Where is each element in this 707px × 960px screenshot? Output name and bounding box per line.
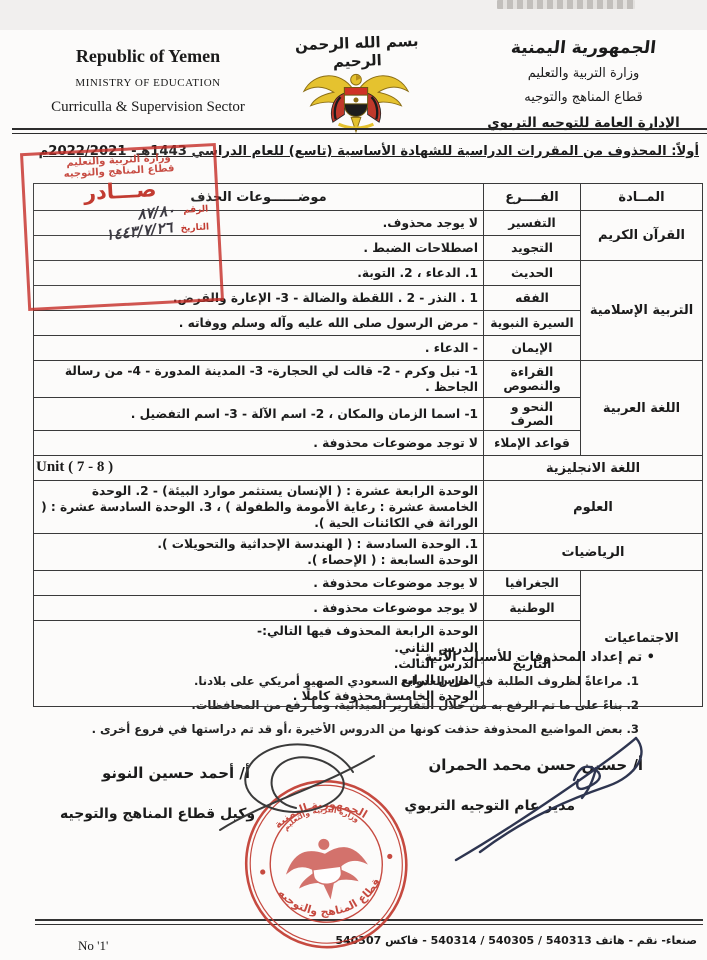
deleted-topics-table: المــادةالفــــرعموضــــــوعات الحذف الق… xyxy=(33,183,703,707)
topic-line: 1 . النذر - 2 . اللقطة والضالة - 3- الإع… xyxy=(39,290,478,306)
topics-cell: 1. الوحدة السادسة : ( الهندسة الإحداثية … xyxy=(34,534,484,571)
country-name-ar: الجمهورية اليمنية xyxy=(465,38,702,58)
topic-line: 1. الدعاء ، 2. التوبة. xyxy=(39,265,478,281)
subject-cell: اللغة العربية xyxy=(581,361,703,456)
topic-line: 1- اسما الزمان والمكان ، 2- اسم الآلة - … xyxy=(39,406,478,422)
branch-cell: التاريخ xyxy=(484,621,581,706)
deleted-topics-table-wrap: المــادةالفــــرعموضــــــوعات الحذف الق… xyxy=(33,183,703,707)
topics-cell: 1 . النذر - 2 . اللقطة والضالة - 3- الإع… xyxy=(34,286,484,311)
topic-line: - مرض الرسول صلى الله عليه وآله وسلم ووف… xyxy=(39,315,478,331)
sector-name-ar: قطاع المناهج والتوجيه xyxy=(466,90,701,105)
branch-cell: الجغرافيا xyxy=(484,571,581,596)
topic-line: لا يوجد موضوعات محذوفة . xyxy=(39,600,478,616)
table-column-header: الفــــرع xyxy=(484,184,581,211)
topics-cell: - الدعاء . xyxy=(34,336,484,361)
ministry-name-ar: وزارة التربية والتعليم xyxy=(466,66,701,81)
subject-cell: القرآن الكريم xyxy=(581,211,703,261)
topics-cell: لا يوجد موضوعات محذوفة . xyxy=(34,571,484,596)
stamp-sector-line: قطاع المناهج والتوجيه xyxy=(24,161,214,182)
topic-line: الوحدة الخامسة محذوفة كاملًا . xyxy=(39,688,478,704)
subject-cell: اللغة الانجليزية xyxy=(484,456,703,481)
table-body: القرآن الكريمالتفسيرلا يوجد محذوف.التجوي… xyxy=(34,211,703,707)
branch-cell: الحديث xyxy=(484,261,581,286)
topic-line: الوحدة السابعة : ( الإحصاء ). xyxy=(39,552,478,568)
topic-line: Unit ( 7 - 8 ) xyxy=(36,458,478,478)
subject-cell: العلوم xyxy=(484,480,703,533)
branch-cell: الإيمان xyxy=(484,336,581,361)
topic-line: الوحدة الرابعة عشرة : ( الإنسان يستثمر م… xyxy=(39,483,478,531)
topic-line: - الدعاء . xyxy=(39,340,478,356)
pen-signature-left-icon xyxy=(168,730,398,845)
topic-line: اصطلاحات الضبط . xyxy=(39,240,478,256)
subject-cell: الرياضيات xyxy=(484,534,703,571)
sector-name-en: Curriculla & Supervision Sector xyxy=(28,99,268,116)
topics-cell: الوحدة الرابعة المحذوف فيها التالي:-الدر… xyxy=(34,621,484,706)
table-column-header: موضــــــوعات الحذف xyxy=(34,184,484,211)
topic-line: 1. الوحدة السادسة : ( الهندسة الإحداثية … xyxy=(39,536,478,552)
topics-cell: 1. الدعاء ، 2. التوبة. xyxy=(34,261,484,286)
topics-cell: الوحدة الرابعة عشرة : ( الإنسان يستثمر م… xyxy=(34,480,484,533)
topics-cell: اصطلاحات الضبط . xyxy=(34,236,484,261)
topic-line: الدرس الرابع xyxy=(39,672,478,688)
topics-cell: - مرض الرسول صلى الله عليه وآله وسلم ووف… xyxy=(34,311,484,336)
table-row: العلومالوحدة الرابعة عشرة : ( الإنسان يس… xyxy=(34,480,703,533)
branch-cell: السيرة النبوية xyxy=(484,311,581,336)
topics-cell: لا يوجد محذوف. xyxy=(34,211,484,236)
table-column-header: المــادة xyxy=(581,184,703,211)
subject-cell: الاجتماعيات xyxy=(581,571,703,706)
branch-cell: الفقه xyxy=(484,286,581,311)
topic-line: 1- نبل وكرم - 2- قالت لي الحجارة- 3- الم… xyxy=(39,363,478,395)
round-stamp-top-text: الجمهورية اليمنية xyxy=(269,792,371,832)
branch-cell: قواعد الإملاء xyxy=(484,431,581,456)
scan-artifact xyxy=(497,0,635,9)
scanned-document-page: Republic of Yemen MINISTRY OF EDUCATION … xyxy=(0,0,707,960)
round-stamp-mid-text: وزارة التربية والتعليم xyxy=(279,801,362,834)
table-row: اللغة الانجليزيةUnit ( 7 - 8 ) xyxy=(34,456,703,481)
svg-text:قطاع المناهج والتوجيه: قطاع المناهج والتوجيه xyxy=(275,875,387,925)
footer-copy-number: No '1' xyxy=(78,938,108,954)
footer-divider xyxy=(35,919,703,925)
round-stamp-icon: الجمهورية اليمنية وزارة التربية والتعليم… xyxy=(230,762,427,960)
table-row: اللغة العربيةالقراءة والنصوص1- نبل وكرم … xyxy=(34,361,703,398)
topic-line: الدرس الثاني. xyxy=(39,640,478,656)
signature-left-title: وكيل قطاع المناهج والتوجيه xyxy=(60,806,255,822)
table-row: الاجتماعياتالجغرافيالا يوجد موضوعات محذو… xyxy=(34,571,703,596)
svg-text:الجمهورية اليمنية: الجمهورية اليمنية xyxy=(269,792,371,832)
table-row: الرياضيات1. الوحدة السادسة : ( الهندسة ا… xyxy=(34,534,703,571)
topic-line: الدرس الثالث. xyxy=(39,656,478,672)
table-row: التربية الإسلاميةالحديث1. الدعاء ، 2. ال… xyxy=(34,261,703,286)
round-stamp-bottom-text: قطاع المناهج والتوجيه xyxy=(275,875,387,925)
footer-contact: صنعاء- نقم - هاتف 540313 / 540305 / 5403… xyxy=(335,934,697,947)
branch-cell: الوطنية xyxy=(484,596,581,621)
yemen-emblem-icon xyxy=(298,64,414,136)
topics-cell: 1- نبل وكرم - 2- قالت لي الحجارة- 3- الم… xyxy=(34,361,484,398)
topics-cell: 1- اسما الزمان والمكان ، 2- اسم الآلة - … xyxy=(34,398,484,431)
note-item: 3. بعض المواضيع المحذوفة حذفت كونها من ا… xyxy=(30,722,639,736)
topic-line: لا يوجد محذوف. xyxy=(39,215,478,231)
topic-line: لا توجد موضوعات محذوفة . xyxy=(39,435,478,451)
topic-line: لا يوجد موضوعات محذوفة . xyxy=(39,575,478,591)
topics-cell: لا توجد موضوعات محذوفة . xyxy=(34,431,484,456)
branch-cell: النحو و الصرف xyxy=(484,398,581,431)
header-divider xyxy=(12,128,707,134)
ministry-name-en: MINISTRY OF EDUCATION xyxy=(28,77,268,89)
topic-line: الوحدة الرابعة المحذوف فيها التالي:- xyxy=(39,623,478,639)
branch-cell: القراءة والنصوص xyxy=(484,361,581,398)
topics-cell: Unit ( 7 - 8 ) xyxy=(34,456,484,481)
header-english-block: Republic of Yemen MINISTRY OF EDUCATION … xyxy=(28,46,268,116)
signature-right-name: أ/ حسين حسن محمد الحمران xyxy=(428,756,643,774)
signature-right-title: مدير عام التوجيه التربوي xyxy=(404,798,575,814)
table-header-row: المــادةالفــــرعموضــــــوعات الحذف xyxy=(34,184,703,211)
topics-cell: لا يوجد موضوعات محذوفة . xyxy=(34,596,484,621)
branch-cell: التفسير xyxy=(484,211,581,236)
branch-cell: التجويد xyxy=(484,236,581,261)
header-arabic-block: الجمهورية اليمنية وزارة التربية والتعليم… xyxy=(466,38,701,131)
table-row: القرآن الكريمالتفسيرلا يوجد محذوف. xyxy=(34,211,703,236)
country-name-en: Republic of Yemen xyxy=(28,46,268,67)
subject-cell: التربية الإسلامية xyxy=(581,261,703,361)
svg-text:وزارة التربية والتعليم: وزارة التربية والتعليم xyxy=(279,801,362,834)
signature-left-name: أ/ أحمد حسين النونو xyxy=(102,764,250,782)
document-title: أولاً: المحذوف من المقررات الدراسية للشه… xyxy=(9,144,699,159)
